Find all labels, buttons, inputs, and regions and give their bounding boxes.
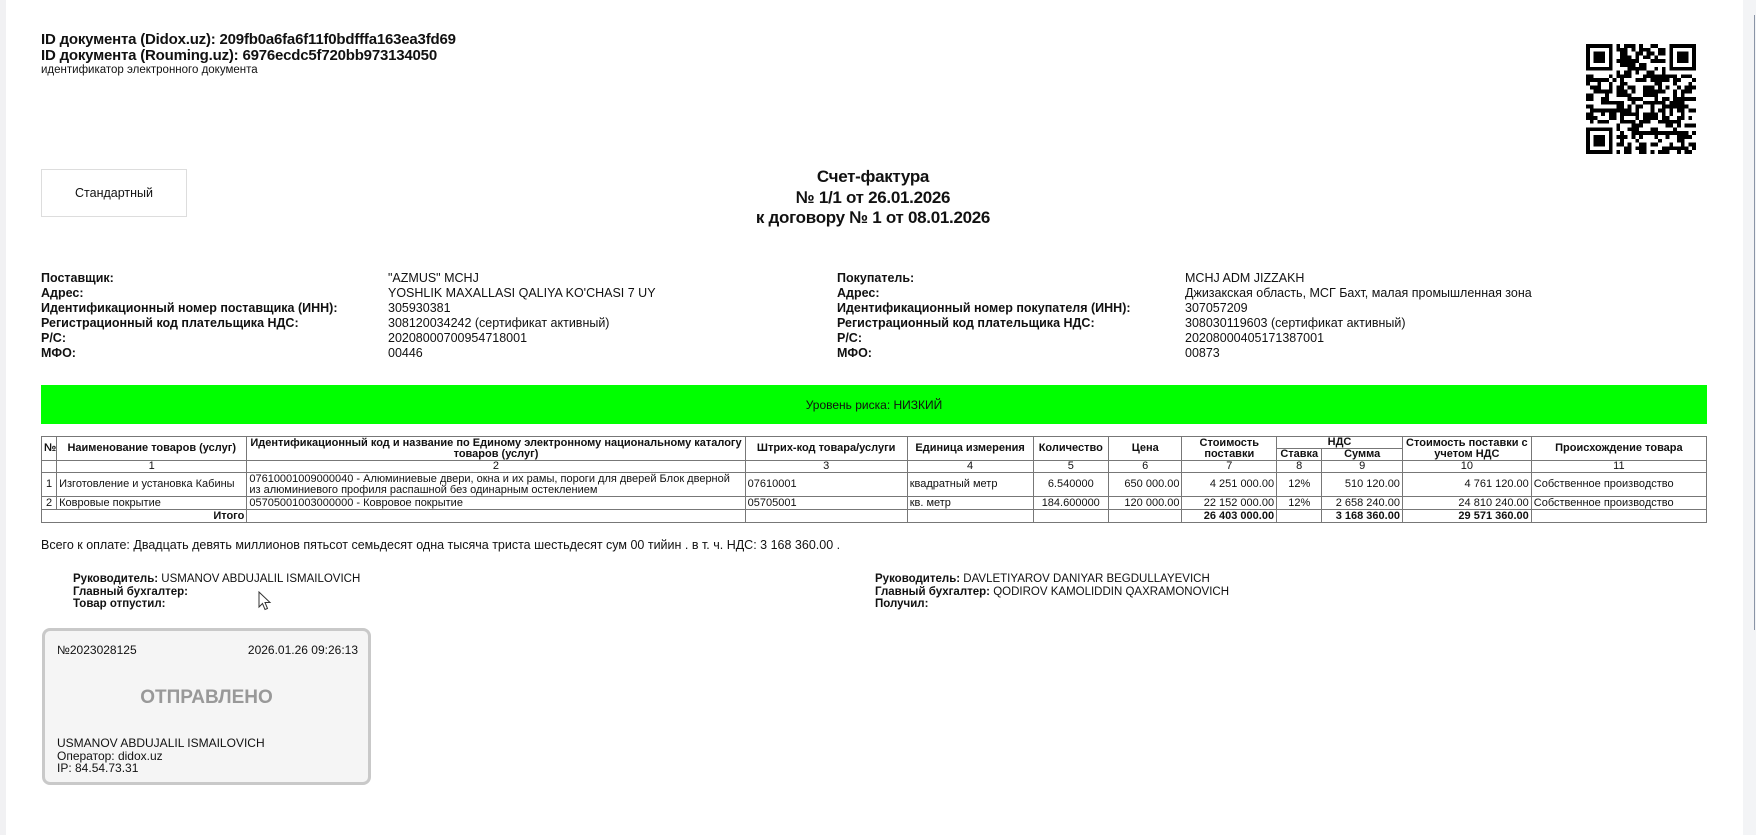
- signature-stamp: №2023028125 2026.01.26 09:26:13 ОТПРАВЛЕ…: [42, 628, 371, 785]
- cell-vat-rate: 12%: [1277, 497, 1322, 510]
- title-line-1: Счет-фактура: [673, 167, 1073, 188]
- accountant-label: Главный бухгалтер:: [73, 586, 188, 598]
- field-label: Р/С:: [41, 331, 388, 346]
- empty-cell: [1277, 510, 1322, 523]
- col-vat: НДС: [1277, 437, 1403, 449]
- cell-cost: 4 251 000.00: [1182, 473, 1277, 497]
- cell-no: 2: [42, 497, 57, 510]
- cell-price: 120 000.00: [1109, 497, 1182, 510]
- buyer-row: Идентификационный номер покупателя (ИНН)…: [837, 301, 1532, 316]
- empty-cell: [1531, 510, 1706, 523]
- total-label: Итого: [42, 510, 247, 523]
- cell-vat-sum: 2 658 240.00: [1322, 497, 1403, 510]
- supplier-row: Идентификационный номер поставщика (ИНН)…: [41, 301, 656, 316]
- index-cell: 10: [1402, 461, 1531, 473]
- cell-unit: квадратный метр: [907, 473, 1033, 497]
- field-label: Регистрационный код плательщика НДС:: [41, 316, 388, 331]
- buyer-row: Адрес:Джизакская область, МСГ Бахт, мала…: [837, 286, 1532, 301]
- field-label: МФО:: [41, 346, 388, 361]
- col-catalog: Идентификационный код и название по Един…: [247, 437, 745, 461]
- mouse-cursor-icon: [258, 591, 272, 611]
- supplier-signatures: Руководитель: USMANOV ABDUJALIL ISMAILOV…: [73, 573, 360, 611]
- col-cost: Стоимость поставки: [1182, 437, 1277, 461]
- index-cell: 4: [907, 461, 1033, 473]
- didox-id-label: ID документа (Didox.uz):: [41, 31, 216, 48]
- cell-price: 650 000.00: [1109, 473, 1182, 497]
- buyer-info: Покупатель:MCHJ ADM JIZZAKHАдрес:Джизакс…: [837, 271, 1532, 361]
- col-price: Цена: [1109, 437, 1182, 461]
- table-header-row: № Наименование товаров (услуг) Идентифик…: [42, 437, 1707, 449]
- document-ids: ID документа (Didox.uz): 209fb0a6fa6f11f…: [41, 32, 456, 77]
- table-index-row: 1234567891011: [42, 461, 1707, 473]
- field-label: Идентификационный номер покупателя (ИНН)…: [837, 301, 1185, 316]
- didox-id-line: ID документа (Didox.uz): 209fb0a6fa6f11f…: [41, 32, 456, 48]
- cell-cost: 22 152 000.00: [1182, 497, 1277, 510]
- cell-catalog: 07610001009000040 - Алюминиевые двери, о…: [247, 473, 745, 497]
- buyer-row: Р/С:20208000405171387001: [837, 331, 1532, 346]
- cell-barcode: 05705001: [745, 497, 907, 510]
- field-value: 00873: [1185, 346, 1220, 361]
- table-row: 2Ковровые покрытие05705001003000000 - Ко…: [42, 497, 1707, 510]
- index-cell: 7: [1182, 461, 1277, 473]
- director-label: Руководитель:: [875, 573, 960, 585]
- cell-origin: Собственное производство: [1531, 473, 1706, 497]
- cell-qty: 184.600000: [1033, 497, 1108, 510]
- buyer-signatures: Руководитель: DAVLETIYAROV DANIYAR BEGDU…: [875, 573, 1229, 611]
- cell-name: Изготовление и установка Кабины: [57, 473, 247, 497]
- empty-cell: [907, 510, 1033, 523]
- cell-origin: Собственное производство: [1531, 497, 1706, 510]
- col-vat-rate: Ставка: [1277, 449, 1322, 461]
- index-cell: 2: [247, 461, 745, 473]
- col-qty: Количество: [1033, 437, 1108, 461]
- stamp-datetime: 2026.01.26 09:26:13: [248, 643, 358, 657]
- index-cell: 8: [1277, 461, 1322, 473]
- title-line-2: № 1/1 от 26.01.2026: [673, 188, 1073, 209]
- buyer-row: Регистрационный код плательщика НДС:3080…: [837, 316, 1532, 331]
- cell-vat-rate: 12%: [1277, 473, 1322, 497]
- total-cost: 26 403 000.00: [1182, 510, 1277, 523]
- index-cell: 3: [745, 461, 907, 473]
- scrollbar-thumb[interactable]: [1754, 15, 1755, 630]
- director-name: USMANOV ABDUJALIL ISMAILOVICH: [161, 573, 360, 585]
- items-table: № Наименование товаров (услуг) Идентифик…: [41, 436, 1707, 523]
- supplier-row: Адрес:YOSHLIK MAXALLASI QALIYA KO'CHASI …: [41, 286, 656, 301]
- supplier-row: Р/С:20208000700954718001: [41, 331, 656, 346]
- cell-name: Ковровые покрытие: [57, 497, 247, 510]
- doc-type-label: Стандартный: [75, 186, 153, 200]
- rouming-id-value: 6976ecdc5f720bb973134050: [242, 47, 437, 64]
- field-label: Покупатель:: [837, 271, 1185, 286]
- rouming-id-label: ID документа (Rouming.uz):: [41, 47, 238, 64]
- stamp-ip: IP: 84.54.73.31: [57, 762, 265, 775]
- cell-cost-vat: 24 810 240.00: [1402, 497, 1531, 510]
- field-value: 307057209: [1185, 301, 1248, 316]
- field-value: 308120034242 (сертификат активный): [388, 316, 609, 331]
- field-label: Адрес:: [41, 286, 388, 301]
- didox-id-value: 209fb0a6fa6f11f0bdfffa163ea3fd69: [220, 31, 456, 48]
- col-cost-vat: Стоимость поставки с учетом НДС: [1402, 437, 1531, 461]
- table-row: 1Изготовление и установка Кабины07610001…: [42, 473, 1707, 497]
- field-label: Поставщик:: [41, 271, 388, 286]
- supplier-row: Поставщик:"AZMUS" MCHJ: [41, 271, 656, 286]
- field-value: YOSHLIK MAXALLASI QALIYA KO'CHASI 7 UY: [388, 286, 656, 301]
- supplier-row: Регистрационный код плательщика НДС:3081…: [41, 316, 656, 331]
- empty-cell: [247, 510, 745, 523]
- director-label: Руководитель:: [73, 573, 158, 585]
- cell-catalog: 05705001003000000 - Ковровое покрытие: [247, 497, 745, 510]
- index-cell: 5: [1033, 461, 1108, 473]
- empty-cell: [1109, 510, 1182, 523]
- col-no: №: [42, 437, 57, 461]
- cell-qty: 6.540000: [1033, 473, 1108, 497]
- accountant-name: QODIROV KAMOLIDDIN QAXRAMONOVICH: [993, 586, 1229, 598]
- index-cell: 9: [1322, 461, 1403, 473]
- col-vat-sum: Сумма: [1322, 449, 1403, 461]
- field-value: 20208000405171387001: [1185, 331, 1324, 346]
- empty-cell: [1033, 510, 1108, 523]
- field-value: "AZMUS" MCHJ: [388, 271, 479, 286]
- cell-vat-sum: 510 120.00: [1322, 473, 1403, 497]
- stamp-number: №2023028125: [57, 643, 137, 657]
- qr-code-icon: [1586, 44, 1696, 154]
- field-value: 305930381: [388, 301, 451, 316]
- total-vat-sum: 3 168 360.00: [1322, 510, 1403, 523]
- released-label: Товар отпустил:: [73, 598, 166, 610]
- index-cell: 11: [1531, 461, 1706, 473]
- index-cell: [42, 461, 57, 473]
- col-name: Наименование товаров (услуг): [57, 437, 247, 461]
- field-value: Джизакская область, МСГ Бахт, малая пром…: [1185, 286, 1532, 301]
- empty-cell: [745, 510, 907, 523]
- table-total-row: Итого 26 403 000.00 3 168 360.00 29 571 …: [42, 510, 1707, 523]
- total-to-pay-text: Всего к оплате: Двадцать девять миллионо…: [41, 538, 840, 552]
- field-value: 20208000700954718001: [388, 331, 527, 346]
- field-value: 00446: [388, 346, 423, 361]
- cell-no: 1: [42, 473, 57, 497]
- field-label: МФО:: [837, 346, 1185, 361]
- index-cell: 1: [57, 461, 247, 473]
- field-label: Регистрационный код плательщика НДС:: [837, 316, 1185, 331]
- buyer-row: МФО:00873: [837, 346, 1532, 361]
- director-name: DAVLETIYAROV DANIYAR BEGDULLAYEVICH: [963, 573, 1209, 585]
- title-line-3: к договору № 1 от 08.01.2026: [673, 208, 1073, 229]
- field-value: 308030119603 (сертификат активный): [1185, 316, 1406, 331]
- accountant-label: Главный бухгалтер:: [875, 586, 990, 598]
- total-cost-vat: 29 571 360.00: [1402, 510, 1531, 523]
- left-margin: [0, 0, 6, 835]
- field-label: Р/С:: [837, 331, 1185, 346]
- stamp-signer: USMANOV ABDUJALIL ISMAILOVICH: [57, 737, 265, 750]
- buyer-row: Покупатель:MCHJ ADM JIZZAKH: [837, 271, 1532, 286]
- index-cell: 6: [1109, 461, 1182, 473]
- supplier-row: МФО:00446: [41, 346, 656, 361]
- page-title: Счет-фактура № 1/1 от 26.01.2026 к догов…: [673, 167, 1073, 229]
- cell-cost-vat: 4 761 120.00: [1402, 473, 1531, 497]
- col-unit: Единица измерения: [907, 437, 1033, 461]
- field-label: Адрес:: [837, 286, 1185, 301]
- risk-level-banner: Уровень риска: НИЗКИЙ: [41, 385, 1707, 424]
- risk-level-text: Уровень риска: НИЗКИЙ: [806, 398, 943, 412]
- field-value: MCHJ ADM JIZZAKH: [1185, 271, 1304, 286]
- rouming-id-line: ID документа (Rouming.uz): 6976ecdc5f720…: [41, 48, 456, 64]
- doc-type-box: Стандартный: [41, 169, 187, 217]
- id-subtitle: идентификатор электронного документа: [41, 64, 456, 77]
- supplier-info: Поставщик:"AZMUS" MCHJАдрес:YOSHLIK MAXA…: [41, 271, 656, 361]
- cell-unit: кв. метр: [907, 497, 1033, 510]
- cell-barcode: 07610001: [745, 473, 907, 497]
- col-origin: Происхождение товара: [1531, 437, 1706, 461]
- stamp-status: ОТПРАВЛЕНО: [45, 687, 368, 709]
- field-label: Идентификационный номер поставщика (ИНН)…: [41, 301, 388, 316]
- received-label: Получил:: [875, 598, 928, 610]
- col-barcode: Штрих-код товара/услуги: [745, 437, 907, 461]
